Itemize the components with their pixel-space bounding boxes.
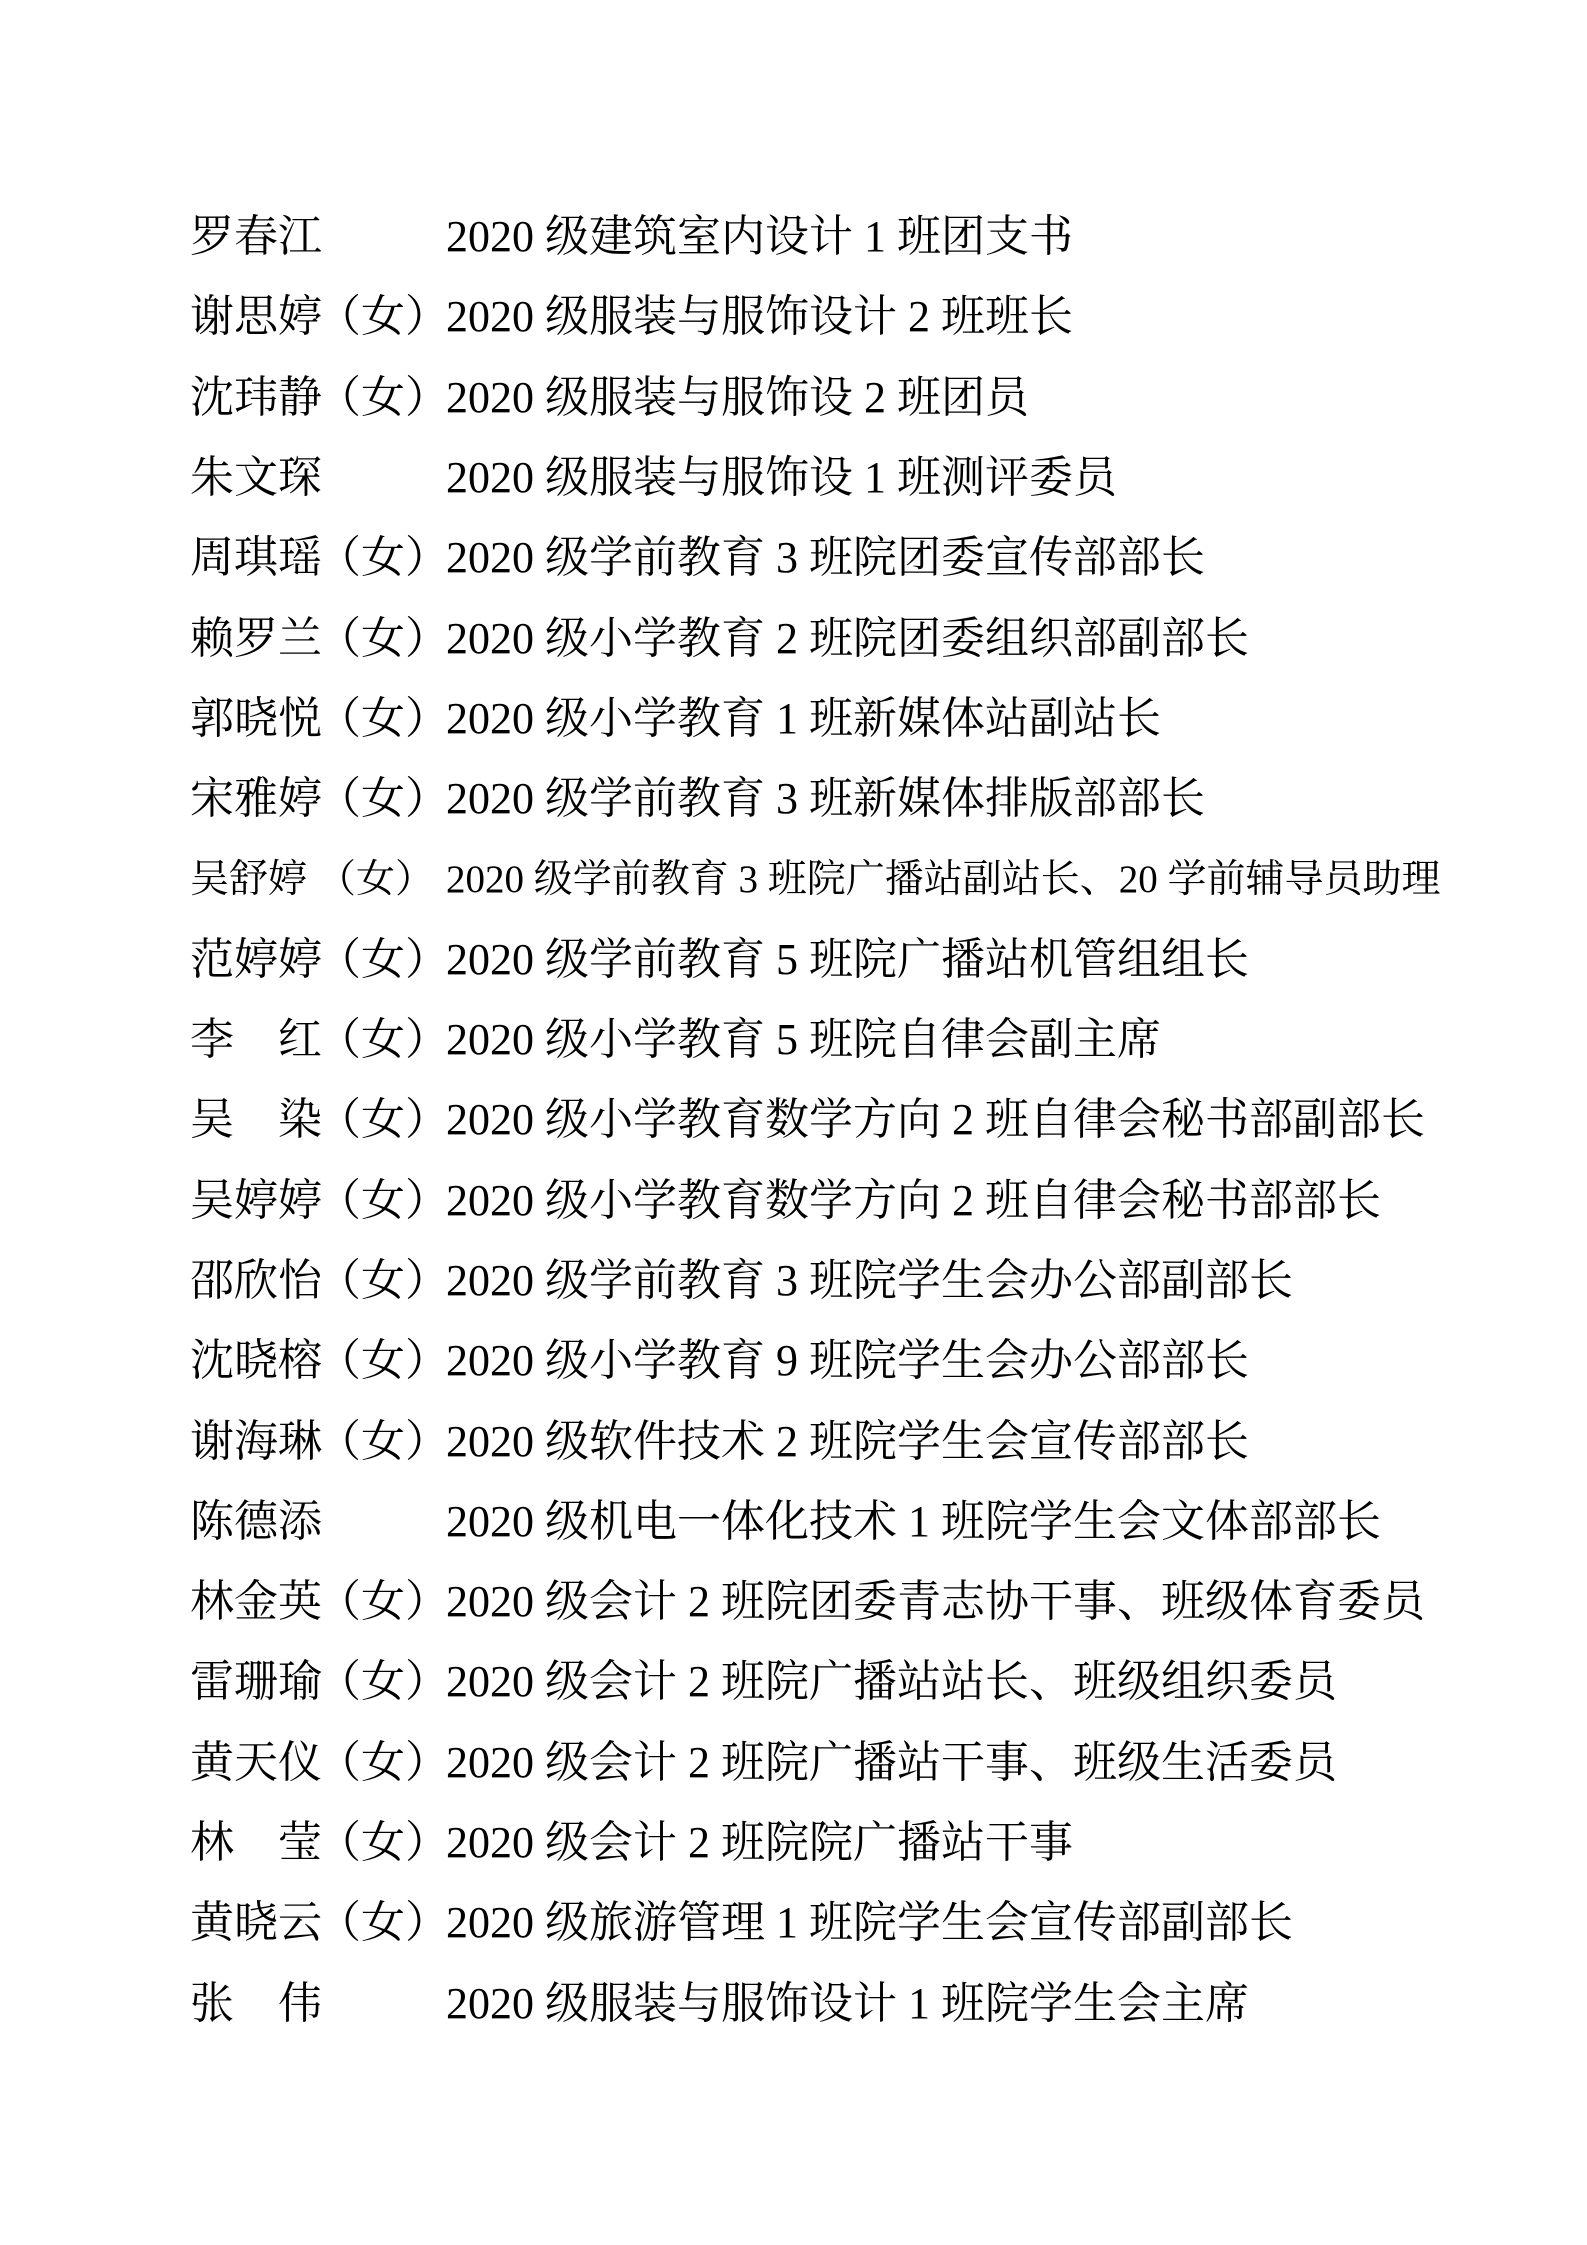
person-name: 林金英 (190, 1580, 317, 1624)
class-position: 2020 级学前教育 3 班院广播站副站长、20 学前辅导员助理 (446, 860, 1441, 899)
roster-row: 沈晓榕 （女） 2020 级小学教育 9 班院学生会办公部部长 (190, 1321, 1567, 1401)
class-position: 2020 级服装与服饰设 1 班测评委员 (446, 456, 1117, 500)
roster-row: 林金英 （女） 2020 级会计 2 班院团委青志协干事、班级体育委员 (190, 1562, 1567, 1642)
class-position: 2020 级会计 2 班院团委青志协干事、班级体育委员 (446, 1580, 1425, 1624)
gender-marker: （女） (317, 1741, 446, 1785)
roster-row: 赖罗兰 （女） 2020 级小学教育 2 班院团委组织部副部长 (190, 598, 1567, 678)
gender-marker: （女） (317, 860, 446, 899)
roster-row: 张 伟 2020 级服装与服饰设计 1 班院学生会主席 (190, 1964, 1567, 2044)
roster-row: 宋雅婷 （女） 2020 级学前教育 3 班新媒体排版部部长 (190, 759, 1567, 839)
class-position: 2020 级学前教育 3 班院学生会办公部副部长 (446, 1259, 1293, 1303)
gender-marker: （女） (317, 1580, 446, 1624)
roster-row: 李 红 （女） 2020 级小学教育 5 班院自律会副主席 (190, 1000, 1567, 1080)
person-name: 雷珊瑜 (190, 1660, 317, 1704)
person-name: 邵欣怡 (190, 1259, 317, 1303)
gender-marker: （女） (317, 536, 446, 580)
roster-row: 谢思婷 （女） 2020 级服装与服饰设计 2 班班长 (190, 277, 1567, 357)
gender-marker: （女） (317, 1821, 446, 1865)
class-position: 2020 级服装与服饰设 2 班团员 (446, 376, 1029, 420)
roster-row: 谢海琳 （女） 2020 级软件技术 2 班院学生会宣传部部长 (190, 1401, 1567, 1481)
person-name: 赖罗兰 (190, 617, 317, 661)
roster-row: 吴婷婷 （女） 2020 级小学教育数学方向 2 班自律会秘书部部长 (190, 1161, 1567, 1241)
roster-row: 朱文琛 2020 级服装与服饰设 1 班测评委员 (190, 438, 1567, 518)
roster-row: 陈德添 2020 级机电一体化技术 1 班院学生会文体部部长 (190, 1482, 1567, 1562)
person-name: 沈晓榕 (190, 1339, 317, 1383)
roster-row: 郭晓悦 （女） 2020 级小学教育 1 班新媒体站副站长 (190, 679, 1567, 759)
gender-marker: （女） (317, 697, 446, 741)
class-position: 2020 级会计 2 班院院广播站干事 (446, 1821, 1073, 1865)
person-name: 谢海琳 (190, 1420, 317, 1464)
roster-list: 罗春江 2020 级建筑室内设计 1 班团支书 谢思婷 （女） 2020 级服装… (0, 0, 1587, 2044)
class-position: 2020 级学前教育 3 班新媒体排版部部长 (446, 777, 1205, 821)
person-name: 宋雅婷 (190, 777, 317, 821)
gender-marker: （女） (317, 938, 446, 982)
person-name: 吴婷婷 (190, 1179, 317, 1223)
class-position: 2020 级软件技术 2 班院学生会宣传部部长 (446, 1420, 1249, 1464)
class-position: 2020 级小学教育 5 班院自律会副主席 (446, 1018, 1161, 1062)
class-position: 2020 级会计 2 班院广播站站长、班级组织委员 (446, 1660, 1337, 1704)
person-name: 吴 染 (190, 1098, 317, 1142)
roster-row: 黄天仪 （女） 2020 级会计 2 班院广播站干事、班级生活委员 (190, 1723, 1567, 1803)
roster-row: 周琪瑶 （女） 2020 级学前教育 3 班院团委宣传部部长 (190, 518, 1567, 598)
roster-row: 黄晓云 （女） 2020 级旅游管理 1 班院学生会宣传部副部长 (190, 1883, 1567, 1963)
class-position: 2020 级会计 2 班院广播站干事、班级生活委员 (446, 1741, 1337, 1785)
roster-row: 范婷婷 （女） 2020 级学前教育 5 班院广播站机管组组长 (190, 920, 1567, 1000)
gender-marker: （女） (317, 295, 446, 339)
roster-row: 林 莹 （女） 2020 级会计 2 班院院广播站干事 (190, 1803, 1567, 1883)
class-position: 2020 级小学教育 2 班院团委组织部副部长 (446, 617, 1249, 661)
roster-row: 罗春江 2020 级建筑室内设计 1 班团支书 (190, 197, 1567, 277)
class-position: 2020 级机电一体化技术 1 班院学生会文体部部长 (446, 1500, 1381, 1544)
person-name: 朱文琛 (190, 456, 317, 500)
class-position: 2020 级小学教育 9 班院学生会办公部部长 (446, 1339, 1249, 1383)
gender-marker: （女） (317, 1420, 446, 1464)
person-name: 张 伟 (190, 1982, 317, 2026)
class-position: 2020 级旅游管理 1 班院学生会宣传部副部长 (446, 1901, 1293, 1945)
class-position: 2020 级学前教育 5 班院广播站机管组组长 (446, 938, 1249, 982)
person-name: 周琪瑶 (190, 536, 317, 580)
person-name: 陈德添 (190, 1500, 317, 1544)
person-name: 罗春江 (190, 215, 317, 259)
person-name: 黄晓云 (190, 1901, 317, 1945)
roster-row: 邵欣怡 （女） 2020 级学前教育 3 班院学生会办公部副部长 (190, 1241, 1567, 1321)
person-name: 黄天仪 (190, 1741, 317, 1785)
gender-marker: （女） (317, 1339, 446, 1383)
gender-marker: （女） (317, 617, 446, 661)
person-name: 范婷婷 (190, 938, 317, 982)
class-position: 2020 级服装与服饰设计 2 班班长 (446, 295, 1073, 339)
gender-marker: （女） (317, 1259, 446, 1303)
class-position: 2020 级小学教育数学方向 2 班自律会秘书部副部长 (446, 1098, 1425, 1142)
gender-marker: （女） (317, 1018, 446, 1062)
class-position: 2020 级建筑室内设计 1 班团支书 (446, 215, 1073, 259)
gender-marker: （女） (317, 777, 446, 821)
class-position: 2020 级小学教育数学方向 2 班自律会秘书部部长 (446, 1179, 1381, 1223)
person-name: 吴舒婷 (190, 860, 317, 899)
class-position: 2020 级学前教育 3 班院团委宣传部部长 (446, 536, 1205, 580)
gender-marker: （女） (317, 1660, 446, 1704)
person-name: 谢思婷 (190, 295, 317, 339)
gender-marker: （女） (317, 1179, 446, 1223)
class-position: 2020 级服装与服饰设计 1 班院学生会主席 (446, 1982, 1249, 2026)
gender-marker: （女） (317, 376, 446, 420)
document-page: 罗春江 2020 级建筑室内设计 1 班团支书 谢思婷 （女） 2020 级服装… (0, 0, 1587, 2245)
roster-row: 吴舒婷 （女） 2020 级学前教育 3 班院广播站副站长、20 学前辅导员助理 (190, 839, 1567, 919)
roster-row: 雷珊瑜 （女） 2020 级会计 2 班院广播站站长、班级组织委员 (190, 1642, 1567, 1722)
person-name: 林 莹 (190, 1821, 317, 1865)
roster-row: 吴 染 （女） 2020 级小学教育数学方向 2 班自律会秘书部副部长 (190, 1080, 1567, 1160)
person-name: 沈玮静 (190, 376, 317, 420)
roster-row: 沈玮静 （女） 2020 级服装与服饰设 2 班团员 (190, 358, 1567, 438)
class-position: 2020 级小学教育 1 班新媒体站副站长 (446, 697, 1161, 741)
gender-marker: （女） (317, 1901, 446, 1945)
person-name: 李 红 (190, 1018, 317, 1062)
person-name: 郭晓悦 (190, 697, 317, 741)
gender-marker: （女） (317, 1098, 446, 1142)
